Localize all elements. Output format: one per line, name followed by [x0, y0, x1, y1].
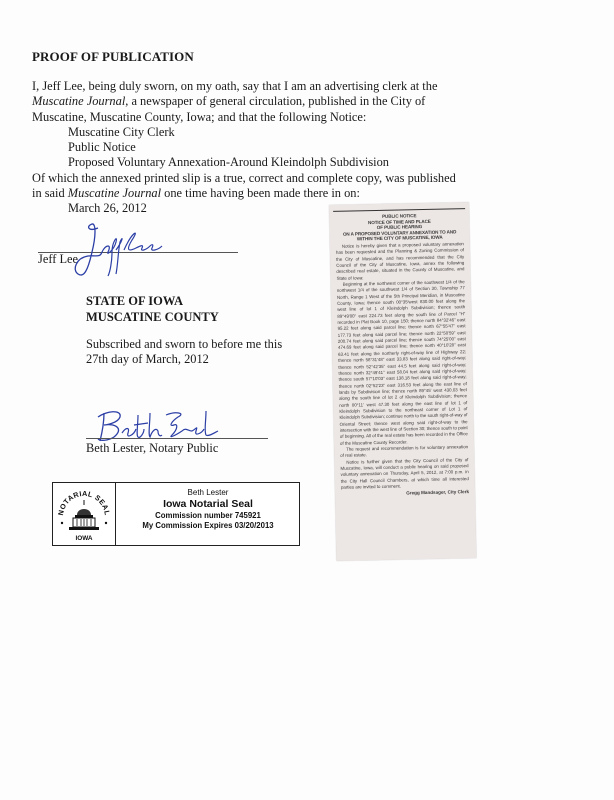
seal-text: Beth Lester Iowa Notarial Seal Commissio…: [117, 488, 299, 531]
affidavit-text: I, Jeff Lee, being duly sworn, on my oat…: [32, 79, 612, 217]
capitol-dome-seal-icon: NOTARIAL SEAL IOWA: [53, 483, 115, 545]
newspaper-clipping: PUBLIC NOTICE NOTICE OF TIME AND PLACE O…: [329, 202, 476, 561]
notice-item: Proposed Voluntary Annexation-Around Kle…: [32, 155, 612, 170]
svg-text:IOWA: IOWA: [75, 535, 92, 542]
clipping-top-rule: [333, 208, 465, 212]
venue-state: STATE OF IOWA: [86, 293, 219, 309]
notarial-seal-stamp: NOTARIAL SEAL IOWA Beth Lester Iowa N: [52, 482, 300, 546]
clipping-headings: PUBLIC NOTICE NOTICE OF TIME AND PLACE O…: [329, 212, 470, 243]
publication-date: March 26, 2012: [32, 201, 612, 216]
affidavit-line-2: Muscatine Journal, a newspaper of genera…: [32, 94, 612, 109]
venue: STATE OF IOWA MUSCATINE COUNTY: [86, 293, 219, 325]
clipping-paragraph: Notice is further given that the City Co…: [340, 457, 469, 491]
jurat: Subscribed and sworn to before me this 2…: [86, 337, 282, 367]
newspaper-name: Muscatine Journal: [68, 186, 161, 200]
handwritten-signature-icon: [66, 222, 166, 282]
venue-county: MUSCATINE COUNTY: [86, 309, 219, 325]
jurat-line-2: 27th day of March, 2012: [86, 352, 282, 367]
notice-item: Muscatine City Clerk: [32, 125, 612, 140]
seal-title: Iowa Notarial Seal: [117, 498, 299, 511]
seal-commission-number: Commission number 745921: [117, 511, 299, 521]
notary-printed-name: Beth Lester, Notary Public: [86, 441, 218, 456]
newspaper-name: Muscatine Journal: [32, 94, 125, 108]
notarial-seal-emblem: NOTARIAL SEAL IOWA: [53, 483, 116, 545]
clipping-paragraph: Notice is hereby given that a proposed v…: [336, 241, 465, 282]
seal-notary-name: Beth Lester: [117, 488, 299, 498]
handwritten-signature-icon: [92, 405, 222, 445]
signer-signature: [66, 222, 166, 282]
clipping-body: Notice is hereby given that a proposed v…: [330, 240, 475, 491]
affidavit-line-4: Of which the annexed printed slip is a t…: [32, 171, 612, 186]
proof-of-publication-page: PROOF OF PUBLICATION I, Jeff Lee, being …: [0, 0, 614, 800]
notice-item: Public Notice: [32, 140, 612, 155]
jurat-line-1: Subscribed and sworn to before me this: [86, 337, 282, 352]
affidavit-line-5: in said Muscatine Journal one time havin…: [32, 186, 612, 201]
clipping-paragraph: Beginning at the northwest corner of the…: [337, 279, 468, 447]
notary-signature: [92, 405, 222, 445]
seal-commission-expiry: My Commission Expires 03/20/2013: [117, 521, 299, 531]
document-title: PROOF OF PUBLICATION: [32, 49, 194, 65]
affidavit-line-3: Muscatine, Muscatine County, Iowa; and t…: [32, 110, 612, 125]
notary-signature-line: [86, 438, 268, 439]
affidavit-line-1: I, Jeff Lee, being duly sworn, on my oat…: [32, 79, 612, 94]
